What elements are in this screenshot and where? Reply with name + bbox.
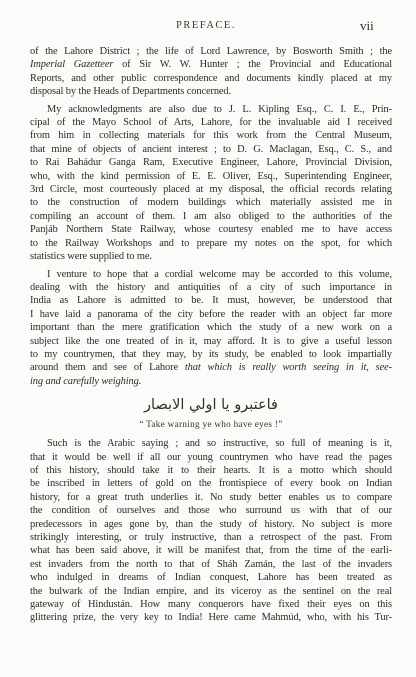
- text-line: I venture to hope that a cordial welcome…: [30, 268, 392, 281]
- text-line: around them and see of Lahore that which…: [30, 361, 392, 374]
- text-line: to Rai Bahádur Ganga Ram, Executive Engi…: [30, 156, 392, 169]
- text-line: cipal of the Mayo School of Arts, Lahore…: [30, 116, 392, 129]
- text-line: of this history, should take it to their…: [30, 464, 392, 477]
- text-line: history, for a great truth underlies it.…: [30, 491, 392, 504]
- text-line: Panjáb Northern State Railway, whose cou…: [30, 223, 392, 236]
- text-line: statistics were supplied to me.: [30, 250, 392, 263]
- text-line: who indulged in dreams of Indian conques…: [30, 571, 392, 584]
- text-line: subject like the one treated of in it, m…: [30, 335, 392, 348]
- text-line: to the Railway Workshops and to prepare …: [30, 237, 392, 250]
- text-line: strikingly interesting, or truly instruc…: [30, 531, 392, 544]
- text-line: important than the mere gratification wh…: [30, 321, 392, 334]
- motto-translation: “ Take warning ye who have eyes !”: [30, 418, 392, 431]
- text-line: gateway of Hindustán. How many conqueror…: [30, 598, 392, 611]
- text-line: that mine of objects of ancient interest…: [30, 143, 392, 156]
- text-line: that it would be well if all our young c…: [30, 451, 392, 464]
- text-line: to my countrymen, that they may, by its …: [30, 348, 392, 361]
- paragraph: Such is the Arabic saying ; and so instr…: [30, 437, 392, 625]
- text-line: disposal by the Heads of Departments con…: [30, 85, 392, 98]
- text-line: I have laid a panorama of the city befor…: [30, 308, 392, 321]
- paragraph: of the Lahore District ; the life of Lor…: [30, 45, 392, 99]
- arabic-motto: فاعتبرو يا اولي الابصار: [30, 395, 392, 415]
- text-line: of the Lahore District ; the life of Lor…: [30, 45, 392, 58]
- running-title: PREFACE.: [176, 20, 236, 31]
- text-line: predecessors in ages gone by, than the s…: [30, 518, 392, 531]
- page-body: of the Lahore District ; the life of Lor…: [30, 45, 392, 625]
- text-line: 3rd Circle, most courteously placed at m…: [30, 183, 392, 196]
- text-line: compiling an account of them. I am also …: [30, 210, 392, 223]
- text-line: what has been said above, it will be man…: [30, 544, 392, 557]
- text-line: My acknowledgments are also due to J. L.…: [30, 103, 392, 116]
- paragraph: I venture to hope that a cordial welcome…: [30, 268, 392, 389]
- text-line: est invaders from the north to that of S…: [30, 558, 392, 571]
- text-line: Such is the Arabic saying ; and so instr…: [30, 437, 392, 450]
- book-page: PREFACE. vii of the Lahore District ; th…: [0, 0, 416, 677]
- paragraph: My acknowledgments are also due to J. L.…: [30, 103, 392, 264]
- text-line: Reports, and other public correspondence…: [30, 72, 392, 85]
- text-line: to the construction of modern buildings …: [30, 196, 392, 209]
- text-line: from him in collecting materials for thi…: [30, 129, 392, 142]
- text-line: dealing with the history and antiquities…: [30, 281, 392, 294]
- page-number: vii: [360, 18, 374, 34]
- text-line: the bulwark of the Indian empire, and it…: [30, 585, 392, 598]
- text-line: Imperial Gazetteer of Sir W. W. Hunter ;…: [30, 58, 392, 71]
- text-line: glittering prize, the very key to India!…: [30, 611, 392, 624]
- text-line: be inscribed in letters of gold on the f…: [30, 477, 392, 490]
- page-header: PREFACE. vii: [0, 20, 416, 36]
- text-line: India as Lahore is admitted to be. It mu…: [30, 294, 392, 307]
- text-line: the condition of ourselves and those who…: [30, 504, 392, 517]
- text-line: ing and carefully weighing.: [30, 375, 392, 388]
- text-line: who, with the kind permission of E. E. O…: [30, 170, 392, 183]
